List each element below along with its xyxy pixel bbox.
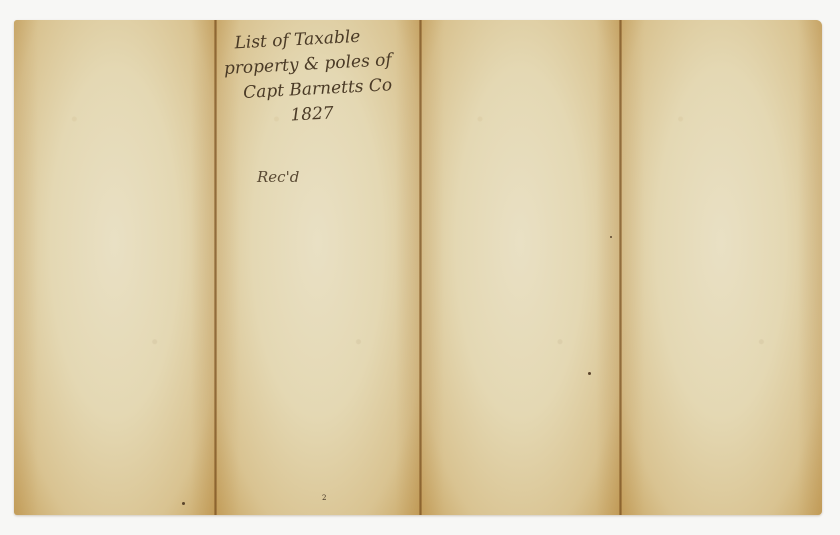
ink-speck — [182, 502, 185, 505]
page-mark: 2 — [322, 494, 326, 502]
received-note: Rec'd — [257, 168, 299, 186]
endorsement-text: List of Taxable property & poles of Capt… — [222, 22, 417, 132]
ink-speck — [588, 372, 591, 375]
fold-line — [619, 20, 622, 515]
panel-3 — [420, 20, 620, 515]
fold-line — [419, 20, 422, 515]
fold-line — [214, 20, 217, 515]
scan-background: List of Taxable property & poles of Capt… — [0, 0, 840, 535]
document-sheet — [14, 20, 822, 515]
ink-speck — [610, 236, 612, 238]
panel-1 — [14, 20, 215, 515]
panel-4 — [620, 20, 822, 515]
